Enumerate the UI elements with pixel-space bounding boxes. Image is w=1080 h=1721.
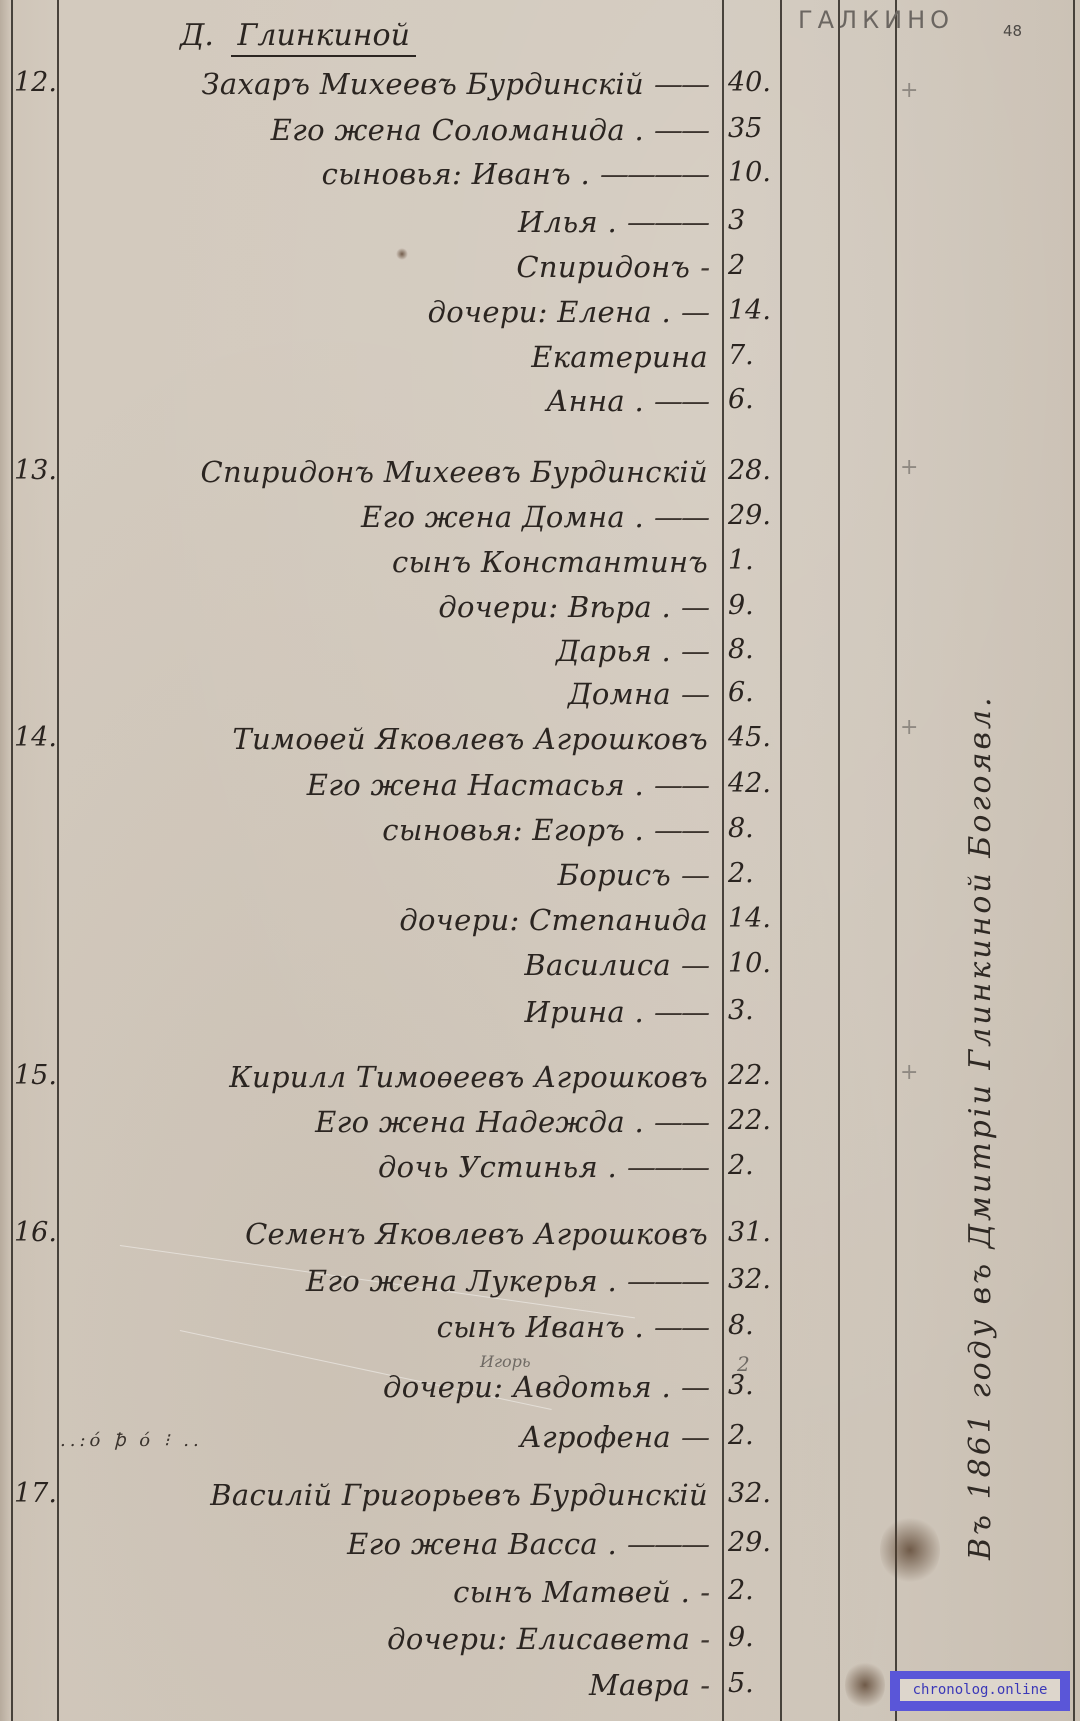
member-row: дочери: Елисавета- 9. bbox=[0, 1622, 1080, 1666]
member-age: 29. bbox=[728, 500, 784, 531]
member-age: 35 bbox=[728, 113, 784, 144]
member-row: Домна— 6. bbox=[0, 677, 1080, 721]
member-entry: Захаръ Михеевъ Бурдинскiй—— bbox=[202, 67, 708, 101]
member-age: 31. bbox=[728, 1217, 784, 1248]
member-row: Василиса— 10. bbox=[0, 948, 1080, 992]
member-age: 9. bbox=[728, 1622, 784, 1653]
household-14-head-row: 14. Тимоѳей Яковлевъ Агрошковъ 45. bbox=[0, 722, 1080, 766]
member-age: 9. bbox=[728, 590, 784, 621]
member-row: сынъ Иванъ .—— 8. bbox=[0, 1310, 1080, 1354]
member-entry: сынъ Матвей .- bbox=[453, 1575, 708, 1609]
member-age: 29. bbox=[728, 1527, 784, 1558]
member-age: 2. bbox=[728, 1420, 784, 1451]
member-row: дочери: Степанида 14. bbox=[0, 903, 1080, 947]
member-row: Его жена Настасья .—— 42. bbox=[0, 768, 1080, 812]
member-entry: сыновья: Егоръ .—— bbox=[382, 813, 708, 847]
member-age: 14. bbox=[728, 295, 784, 326]
member-entry: Дарья .— bbox=[556, 634, 708, 668]
member-entry: Его жена Настасья .—— bbox=[307, 768, 708, 802]
member-entry: дочери: Вѣра .— bbox=[438, 590, 708, 624]
member-row: дочь Устинья .——— 2. bbox=[0, 1150, 1080, 1194]
member-entry: Василiй Григорьевъ Бурдинскiй bbox=[210, 1478, 708, 1512]
member-row: Его жена Васса .——— 29. bbox=[0, 1527, 1080, 1571]
member-entry: дочери: Степанида bbox=[399, 903, 708, 937]
member-row: Анна .—— 6. bbox=[0, 384, 1080, 428]
member-row: сынъ Константинъ 1. bbox=[0, 545, 1080, 589]
member-age: 3. bbox=[728, 995, 784, 1026]
member-age: 6. bbox=[728, 384, 784, 415]
member-age: 45. bbox=[728, 722, 784, 753]
household-number: 16. bbox=[14, 1217, 60, 1248]
margin-remark-vertical: Въ 1861 году въ Дмитрiи Глинкиной Богояв… bbox=[963, 694, 998, 1560]
member-row: Дарья .— 8. bbox=[0, 634, 1080, 678]
member-entry: Спиридонъ- bbox=[516, 250, 708, 284]
member-age: 22. bbox=[728, 1105, 784, 1136]
member-row: Его жена Домна .—— 29. bbox=[0, 500, 1080, 544]
pencil-correction-name: Игорь bbox=[480, 1352, 531, 1371]
member-row: Его жена Надежда .—— 22. bbox=[0, 1105, 1080, 1149]
member-entry: Его жена Домна .—— bbox=[361, 500, 708, 534]
member-age: 8. bbox=[728, 1310, 784, 1341]
member-entry: Спиридонъ Михеевъ Бурдинскiй bbox=[200, 455, 708, 489]
member-entry: Семенъ Яковлевъ Агрошковъ bbox=[245, 1217, 708, 1251]
member-entry: сыновья: Иванъ .———— bbox=[322, 157, 708, 191]
household-12-head-row: 12. Захаръ Михеевъ Бурдинскiй—— 40. bbox=[0, 67, 1080, 111]
member-entry: Ирина .—— bbox=[525, 995, 708, 1029]
member-entry: дочери: Елена .— bbox=[428, 295, 708, 329]
household-15-head-row: 15. Кирилл Тимоѳеевъ Агрошковъ 22. bbox=[0, 1060, 1080, 1104]
member-entry: дочери: Авдотья .— bbox=[383, 1370, 708, 1404]
household-number: 14. bbox=[14, 722, 60, 753]
member-entry: Екатерина bbox=[531, 340, 708, 374]
member-age: 3. bbox=[728, 1370, 784, 1401]
member-row: Его жена Соломанида .—— 35 bbox=[0, 113, 1080, 157]
member-entry: Илья .——— bbox=[518, 205, 708, 239]
member-entry: дочь Устинья .——— bbox=[378, 1150, 708, 1184]
member-age: 10. bbox=[728, 948, 784, 979]
member-entry: дочери: Елисавета- bbox=[387, 1622, 708, 1656]
member-age: 8. bbox=[728, 634, 784, 665]
member-row: Екатерина 7. bbox=[0, 340, 1080, 384]
member-age: 2 bbox=[728, 250, 784, 281]
member-age: 40. bbox=[728, 67, 784, 98]
village-heading: Д. Глинкиной bbox=[180, 18, 416, 53]
member-age: 32. bbox=[728, 1478, 784, 1509]
member-entry: Агрофена— bbox=[520, 1420, 708, 1454]
member-row: Ирина .—— 3. bbox=[0, 995, 1080, 1039]
member-age: 1. bbox=[728, 545, 784, 576]
member-age: 2. bbox=[728, 858, 784, 889]
member-entry: Анна .—— bbox=[546, 384, 708, 418]
member-age: 6. bbox=[728, 677, 784, 708]
member-row: Борисъ— 2. bbox=[0, 858, 1080, 902]
member-row: сыновья: Егоръ .—— 8. bbox=[0, 813, 1080, 857]
member-age: 2. bbox=[728, 1575, 784, 1606]
member-row: дочери: Авдотья .— 3. bbox=[0, 1370, 1080, 1414]
pencil-page-number: 48 bbox=[1003, 22, 1022, 40]
household-16-head-row: 16. Семенъ Яковлевъ Агрошковъ 31. bbox=[0, 1217, 1080, 1261]
member-row: Спиридонъ- 2 bbox=[0, 250, 1080, 294]
member-row: сынъ Матвей .- 2. bbox=[0, 1575, 1080, 1619]
member-row: Агрофена— 2. bbox=[0, 1420, 1080, 1464]
member-entry: Кирилл Тимоѳеевъ Агрошковъ bbox=[229, 1060, 708, 1094]
member-row: дочери: Вѣра .— 9. bbox=[0, 590, 1080, 634]
member-row: дочери: Елена .— 14. bbox=[0, 295, 1080, 339]
member-age: 8. bbox=[728, 813, 784, 844]
member-age: 42. bbox=[728, 768, 784, 799]
member-age: 5. bbox=[728, 1668, 784, 1699]
member-age: 28. bbox=[728, 455, 784, 486]
watermark-badge[interactable]: chronolog.online bbox=[890, 1671, 1070, 1711]
member-row: Его жена Лукерья .——— 32. bbox=[0, 1264, 1080, 1308]
household-number: 12. bbox=[14, 67, 60, 98]
household-number: 15. bbox=[14, 1060, 60, 1091]
member-entry: Домна— bbox=[568, 677, 708, 711]
heading-prefix: Д. bbox=[180, 18, 214, 53]
member-entry: Его жена Васса .——— bbox=[347, 1527, 708, 1561]
member-age: 3 bbox=[728, 205, 784, 236]
member-entry: Его жена Соломанида .—— bbox=[271, 113, 708, 147]
member-age: 10. bbox=[728, 157, 784, 188]
member-row: Илья .——— 3 bbox=[0, 205, 1080, 249]
member-entry: сынъ Константинъ bbox=[392, 545, 708, 579]
household-13-head-row: 13. Спиридонъ Михеевъ Бурдинскiй 28. bbox=[0, 455, 1080, 499]
household-number: 17. bbox=[14, 1478, 60, 1509]
member-age: 7. bbox=[728, 340, 784, 371]
member-entry: Его жена Лукерья .——— bbox=[306, 1264, 708, 1298]
household-17-head-row: 17. Василiй Григорьевъ Бурдинскiй 32. bbox=[0, 1478, 1080, 1522]
member-entry: Тимоѳей Яковлевъ Агрошковъ bbox=[232, 722, 708, 756]
member-age: 32. bbox=[728, 1264, 784, 1295]
member-entry: Борисъ— bbox=[558, 858, 708, 892]
member-entry: Его жена Надежда .—— bbox=[315, 1105, 708, 1139]
watermark-text: chronolog.online bbox=[900, 1679, 1060, 1701]
member-entry: сынъ Иванъ .—— bbox=[437, 1310, 708, 1344]
member-age: 14. bbox=[728, 903, 784, 934]
heading-village-name: Глинкиной bbox=[231, 18, 415, 57]
member-entry: Василиса— bbox=[524, 948, 708, 982]
member-age: 22. bbox=[728, 1060, 784, 1091]
member-entry: Мавра- bbox=[589, 1668, 708, 1702]
pencil-village-annotation: ГАЛКИНО bbox=[798, 6, 954, 34]
member-row: сыновья: Иванъ .———— 10. bbox=[0, 157, 1080, 201]
ledger-page: Д. Глинкиной ГАЛКИНО 48 + + + + 12. Заха… bbox=[0, 0, 1080, 1721]
household-number: 13. bbox=[14, 455, 60, 486]
member-age: 2. bbox=[728, 1150, 784, 1181]
